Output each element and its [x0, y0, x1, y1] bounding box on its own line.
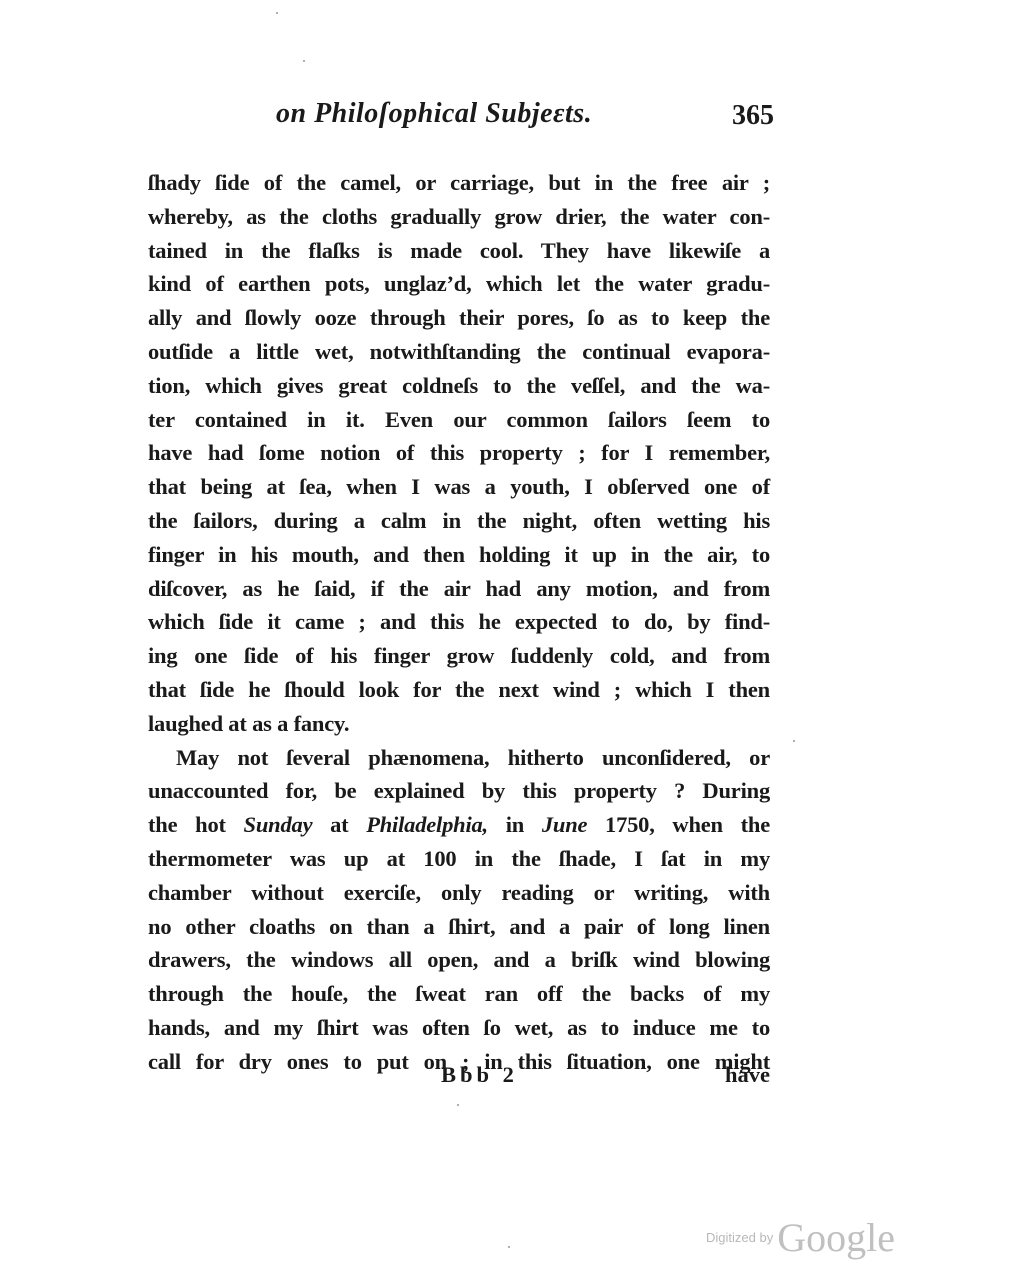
- text-line: thermometer was up at 100 in the ſhade, …: [148, 842, 770, 876]
- scan-speck: [457, 1104, 459, 1106]
- text-line-with-italics: the hot Sunday at Philadelphia, in June …: [148, 808, 770, 842]
- signature-mark: Bbb 2: [441, 1062, 518, 1088]
- text-line: drawers, the windows all open, and a bri…: [148, 943, 770, 977]
- text-line: whereby, as the cloths gradually grow dr…: [148, 200, 770, 234]
- text-line: which ſide it came ; and this he expecte…: [148, 605, 770, 639]
- text-line: ing one ſide of his finger grow ſuddenly…: [148, 639, 770, 673]
- paragraph-start-line: May not ſeveral phænomena, hitherto unco…: [148, 741, 770, 775]
- text-line: hands, and my ſhirt was often ſo wet, as…: [148, 1011, 770, 1045]
- text-line: finger in his mouth, and then holding it…: [148, 538, 770, 572]
- italic-june: June: [542, 812, 587, 837]
- text-line: ally and ſlowly ooze through their pores…: [148, 301, 770, 335]
- scan-speck: [276, 12, 278, 14]
- text-line: that being at ſea, when I was a youth, I…: [148, 470, 770, 504]
- text-line: chamber without exerciſe, only reading o…: [148, 876, 770, 910]
- digitized-watermark: Digitized byGoogle: [706, 1214, 895, 1261]
- text-line: ter contained in it. Even our common ſai…: [148, 403, 770, 437]
- text-line: tained in the flaſks is made cool. They …: [148, 234, 770, 268]
- text-line: no other cloaths on than a ſhirt, and a …: [148, 910, 770, 944]
- text-line: through the houſe, the ſweat ran off the…: [148, 977, 770, 1011]
- google-logo: Google: [777, 1215, 895, 1260]
- running-head: on Philoſophical Subjeɛts. 365: [148, 98, 770, 138]
- paragraph-end-line: laughed at as a fancy.: [148, 707, 770, 741]
- text-line: diſcover, as he ſaid, if the air had any…: [148, 572, 770, 606]
- text-line: ſhady ſide of the camel, or carriage, bu…: [148, 166, 770, 200]
- text-line: have had ſome notion of this property ; …: [148, 436, 770, 470]
- text-line: unaccounted for, be explained by this pr…: [148, 774, 770, 808]
- scan-speck: [303, 60, 305, 62]
- text-line: kind of earthen pots, unglaz’d, which le…: [148, 267, 770, 301]
- text-line: outſide a little wet, notwithſtanding th…: [148, 335, 770, 369]
- book-page: on Philoſophical Subjeɛts. 365 ſhady ſid…: [0, 0, 1014, 1282]
- page-number: 365: [732, 100, 774, 132]
- watermark-prefix: Digitized by: [706, 1230, 773, 1245]
- page-footer: Bbb 2 have: [148, 1062, 770, 1096]
- running-title: on Philoſophical Subjeɛts.: [276, 98, 592, 130]
- italic-philadelphia: Philadelphia,: [366, 812, 488, 837]
- text-line: that ſide he ſhould look for the next wi…: [148, 673, 770, 707]
- text-line: the ſailors, during a calm in the night,…: [148, 504, 770, 538]
- italic-sunday: Sunday: [244, 812, 313, 837]
- text-line: tion, which gives great coldneſs to the …: [148, 369, 770, 403]
- scan-speck: [508, 1246, 510, 1248]
- scan-speck: [793, 740, 795, 742]
- body-text: ſhady ſide of the camel, or carriage, bu…: [148, 166, 770, 1079]
- catchword: have: [725, 1062, 770, 1088]
